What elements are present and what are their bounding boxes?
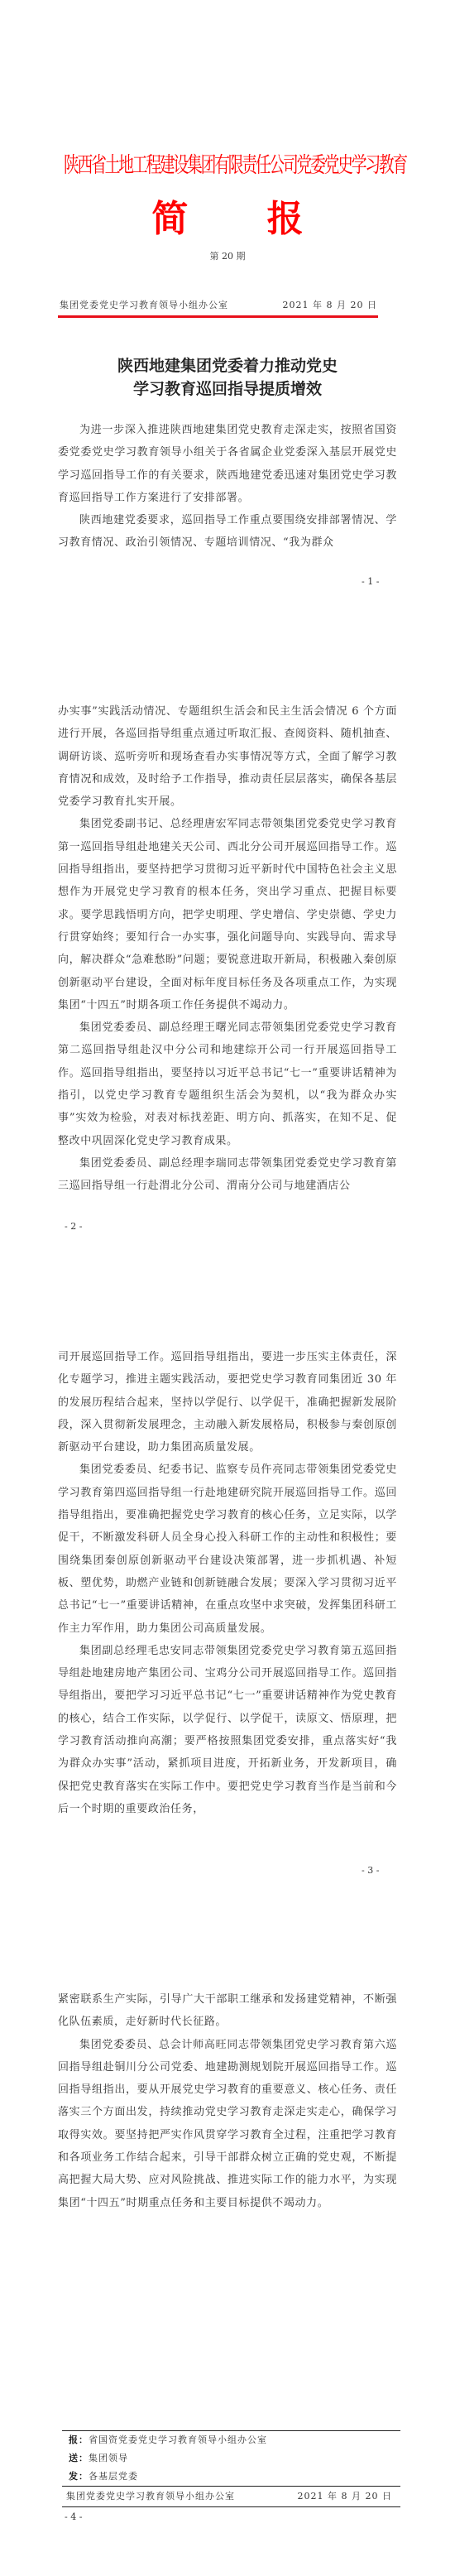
paragraph: 紧密联系生产实际，引导广大干部职工继承和发扬建党精神，不断强化队伍素质，走好新时… <box>58 1988 397 2034</box>
page-1-body: 为进一步深入推进陕西地建集团党史教育走深走实，按照省国资委党委党史学习教育领导小… <box>58 419 397 555</box>
paragraph: 办实事”实践活动情况、专题组织生活会和民主生活会情况 6 个方面进行开展，各巡回… <box>58 700 397 813</box>
page-number-4: - 4 - <box>65 2511 82 2522</box>
page-4-body: 紧密联系生产实际，引导广大干部职工继承和发扬建党精神，不断强化队伍素质，走好新时… <box>58 1988 397 2214</box>
distribution-issue-to: 发：各基层党委 <box>62 2468 400 2486</box>
page-2-body: 办实事”实践活动情况、专题组织生活会和民主生活会情况 6 个方面进行开展，各巡回… <box>58 700 397 1198</box>
distribution-block: 报：省国资党委党史学习教育领导小组办公室 送：集团领导 发：各基层党委 集团党委… <box>62 2430 400 2507</box>
distribution-value: 集团领导 <box>89 2453 128 2463</box>
paragraph: 集团党委委员、纪委书记、监察专员仵亮同志带领集团党委党史学习教育第四巡回指导组一… <box>58 1459 397 1639</box>
distribution-label: 送： <box>69 2453 89 2463</box>
red-divider <box>58 315 378 318</box>
footer-date: 2021 年 8 月 20 日 <box>298 2487 392 2506</box>
paragraph: 集团党委委员、副总经理李瑞同志带领集团党委党史学习教育第三巡回指导组一行赴渭北分… <box>58 1152 397 1198</box>
article-title-line-1: 陕西地建集团党委着力推动党史 <box>0 354 455 377</box>
bulletin-title: 简 报 <box>0 199 455 240</box>
issue-number: 第 20 期 <box>0 249 455 262</box>
distribution-value: 省国资党委党史学习教育领导小组办公室 <box>89 2434 267 2445</box>
page-number-2: - 2 - <box>65 1221 82 1232</box>
footer-issuer-date: 集团党委党史学习教育领导小组办公室 2021 年 8 月 20 日 <box>62 2487 400 2506</box>
article-title-line-2: 学习教育巡回指导提质增效 <box>0 377 455 401</box>
paragraph: 集团党委委员、副总经理王曙光同志带领集团党委党史学习教育第二巡回指导组赴汉中分公… <box>58 1016 397 1152</box>
paragraph: 集团党委委员、总会计师高旺同志带领集团党史学习教育第六巡回指导组赴铜川分公司党委… <box>58 2034 397 2214</box>
issue-date: 2021 年 8 月 20 日 <box>283 298 377 311</box>
masthead-title: 陕西省土地工程建设集团有限责任公司党委党史学习教育 <box>64 142 391 189</box>
distribution-value: 各基层党委 <box>89 2471 138 2482</box>
distribution-label: 报： <box>69 2434 89 2445</box>
divider <box>62 2506 400 2507</box>
footer-issuer: 集团党委党史学习教育领导小组办公室 <box>66 2487 235 2506</box>
paragraph: 司开展巡回指导工作。巡回指导组指出，要进一步压实主体责任，深化专题学习，推进主题… <box>58 1346 397 1459</box>
distribution-send-to: 送：集团领导 <box>62 2449 400 2468</box>
paragraph: 集团副总经理毛忠安同志带领集团党委党史学习教育第五巡回指导组赴地建房地产集团公司… <box>58 1640 397 1820</box>
distribution-report-to: 报：省国资党委党史学习教育领导小组办公室 <box>62 2431 400 2449</box>
article-title: 陕西地建集团党委着力推动党史 学习教育巡回指导提质增效 <box>0 354 455 401</box>
issuer: 集团党委党史学习教育领导小组办公室 <box>60 298 228 311</box>
paragraph: 集团党委副书记、总经理唐宏军同志带领集团党委党史学习教育第一巡回指导组赴地建关天… <box>58 813 397 1016</box>
page-number-1: - 1 - <box>362 576 379 587</box>
page-3-body: 司开展巡回指导工作。巡回指导组指出，要进一步压实主体责任，深化专题学习，推进主题… <box>58 1346 397 1820</box>
paragraph: 陕西地建党委要求，巡回指导工作重点要围绕安排部署情况、学习教育情况、政治引领情况… <box>58 509 397 555</box>
issuer-date-line: 集团党委党史学习教育领导小组办公室 2021 年 8 月 20 日 <box>60 298 377 311</box>
paragraph: 为进一步深入推进陕西地建集团党史教育走深走实，按照省国资委党委党史学习教育领导小… <box>58 419 397 509</box>
page-number-3: - 3 - <box>362 1865 379 1876</box>
distribution-label: 发： <box>69 2471 89 2482</box>
